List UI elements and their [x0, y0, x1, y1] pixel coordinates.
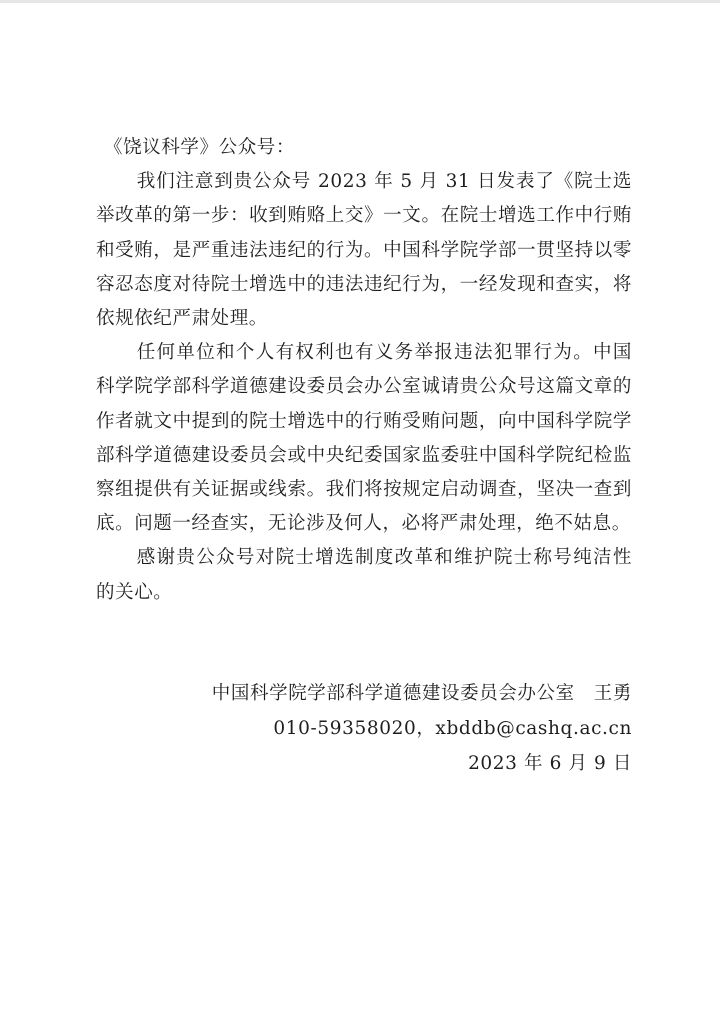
- signature-contact: 010-59358020，xbddb@cashq.ac.cn: [212, 711, 632, 746]
- paragraph-3: 感谢贵公众号对院士增选制度改革和维护院士称号纯洁性的关心。: [96, 541, 632, 609]
- signature-organization: 中国科学院学部科学道德建设委员会办公室 王勇: [212, 676, 632, 711]
- paragraph-1: 我们注意到贵公众号 2023 年 5 月 31 日发表了《院士选举改革的第一步：…: [96, 165, 632, 336]
- letter-body: 《饶议科学》公众号： 我们注意到贵公众号 2023 年 5 月 31 日发表了《…: [96, 131, 632, 610]
- top-edge-divider: [0, 0, 720, 3]
- paragraph-2: 任何单位和个人有权利也有义务举报违法犯罪行为。中国科学院学部科学道德建设委员会办…: [96, 336, 632, 541]
- signature-block: 中国科学院学部科学道德建设委员会办公室 王勇 010-59358020，xbdd…: [212, 676, 632, 781]
- salutation: 《饶议科学》公众号：: [96, 131, 632, 165]
- signature-date: 2023 年 6 月 9 日: [212, 746, 632, 781]
